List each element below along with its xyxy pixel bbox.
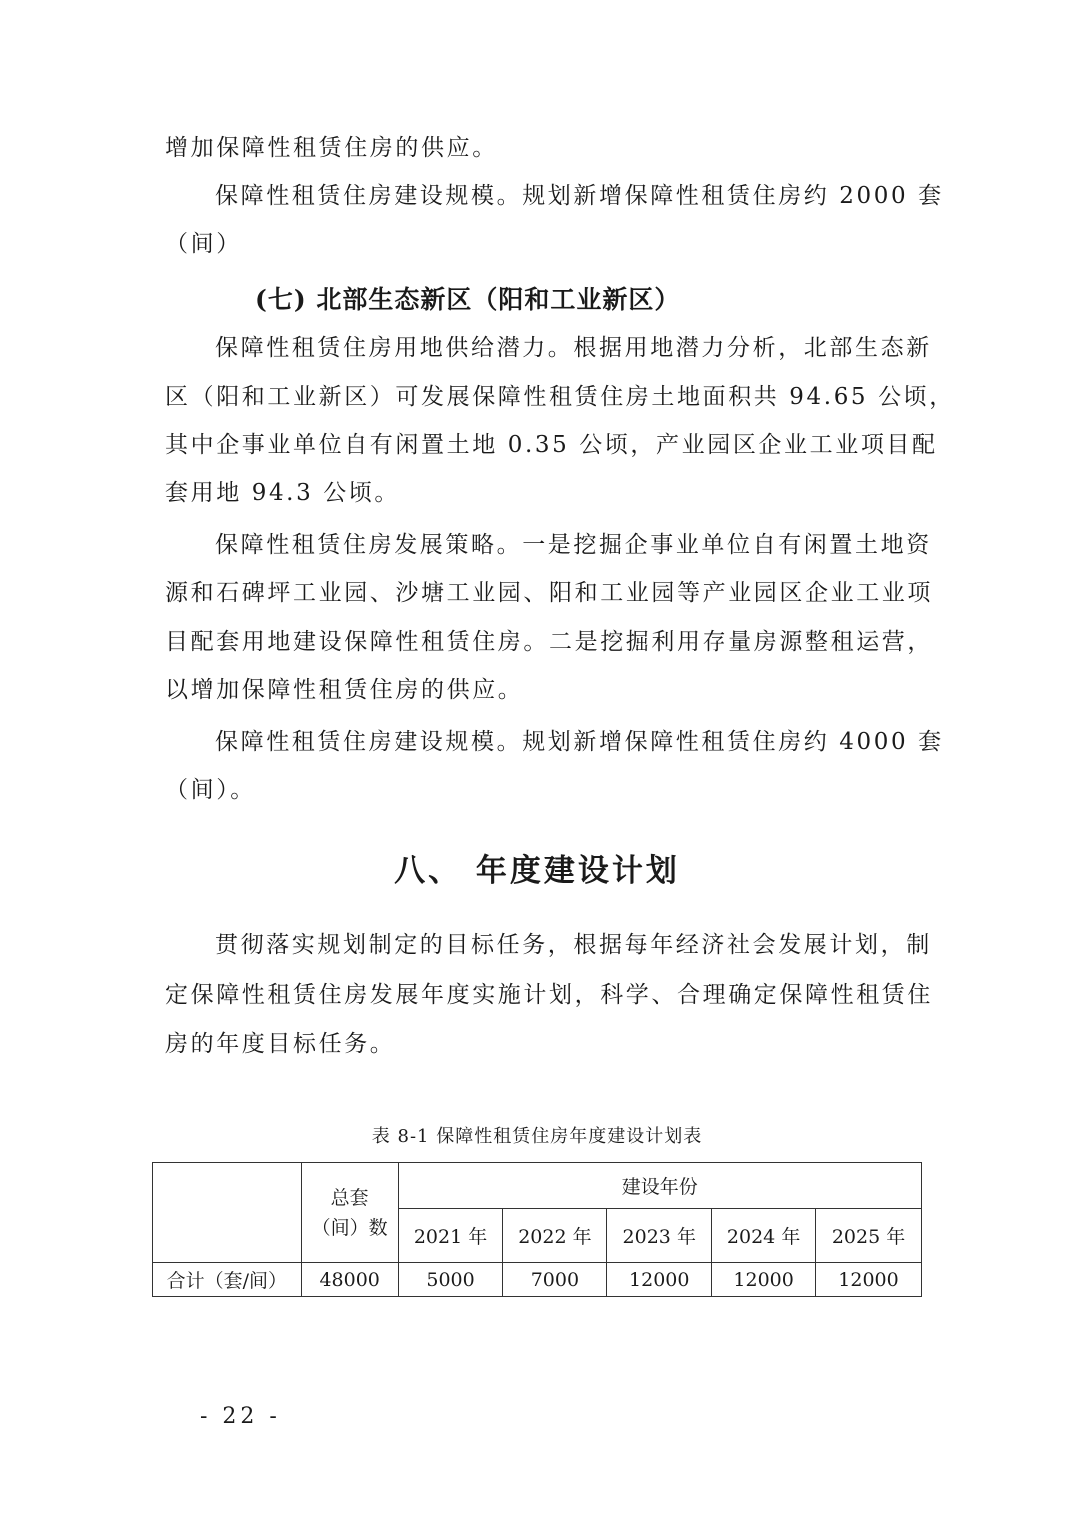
row-value: 5000 [398, 1263, 503, 1297]
paragraph-line: （间）。 [165, 775, 915, 805]
header-year: 2023 年 [607, 1209, 712, 1263]
paragraph-line: 以增加保障性租赁住房的供应。 [165, 675, 915, 705]
paragraph-line: 区（阳和工业新区）可发展保障性租赁住房土地面积共 94.65 公顷， [165, 382, 915, 412]
paragraph-line: 保障性租赁住房建设规模。规划新增保障性租赁住房约 4000 套 [215, 727, 915, 757]
paragraph-line: 保障性租赁住房用地供给潜力。根据用地潜力分析，北部生态新 [215, 333, 915, 363]
paragraph-line: 套用地 94.3 公顷。 [165, 478, 915, 508]
chapter-heading: 八、 年度建设计划 [0, 845, 1074, 890]
row-total: 48000 [301, 1263, 398, 1297]
paragraph-line: 源和石碑坪工业园、沙塘工业园、阳和工业园等产业园区企业工业项 [165, 578, 915, 608]
header-total-line1: 总套 [302, 1183, 398, 1213]
row-label: 合计（套/间） [153, 1263, 302, 1297]
row-value: 12000 [816, 1263, 922, 1297]
table-corner-cell [153, 1163, 302, 1263]
paragraph-line: 房的年度目标任务。 [165, 1029, 915, 1059]
row-value: 12000 [712, 1263, 816, 1297]
paragraph-line: 增加保障性租赁住房的供应。 [165, 133, 915, 163]
header-total-cell: 总套 （间）数 [301, 1163, 398, 1263]
paragraph-line: 定保障性租赁住房发展年度实施计划，科学、合理确定保障性租赁住 [165, 980, 915, 1010]
paragraph-line: （间） [165, 229, 915, 259]
paragraph-line: 目配套用地建设保障性租赁住房。二是挖掘利用存量房源整租运营， [165, 627, 915, 657]
section-heading: (七) 北部生态新区（阳和工业新区） [255, 280, 680, 316]
table-row: 合计（套/间） 48000 5000 7000 12000 12000 1200… [153, 1263, 922, 1297]
paragraph-line: 保障性租赁住房发展策略。一是挖掘企事业单位自有闲置土地资 [215, 530, 915, 560]
row-value: 12000 [607, 1263, 712, 1297]
table-caption: 表 8-1 保障性租赁住房年度建设计划表 [0, 1122, 1074, 1148]
header-years-group: 建设年份 [398, 1163, 921, 1209]
row-value: 7000 [503, 1263, 607, 1297]
header-total-line2: （间）数 [302, 1213, 398, 1243]
paragraph-line: 其中企事业单位自有闲置土地 0.35 公顷，产业园区企业工业项目配 [165, 430, 915, 460]
header-year: 2024 年 [712, 1209, 816, 1263]
paragraph-line: 贯彻落实规划制定的目标任务，根据每年经济社会发展计划，制 [215, 930, 915, 960]
header-year: 2025 年 [816, 1209, 922, 1263]
paragraph-line: 保障性租赁住房建设规模。规划新增保障性租赁住房约 2000 套 [215, 181, 915, 211]
annual-plan-table: 总套 （间）数 建设年份 2021 年 2022 年 2023 年 2024 年… [152, 1162, 922, 1297]
page-number: - 22 - [200, 1404, 281, 1429]
header-year: 2022 年 [503, 1209, 607, 1263]
header-year: 2021 年 [398, 1209, 503, 1263]
